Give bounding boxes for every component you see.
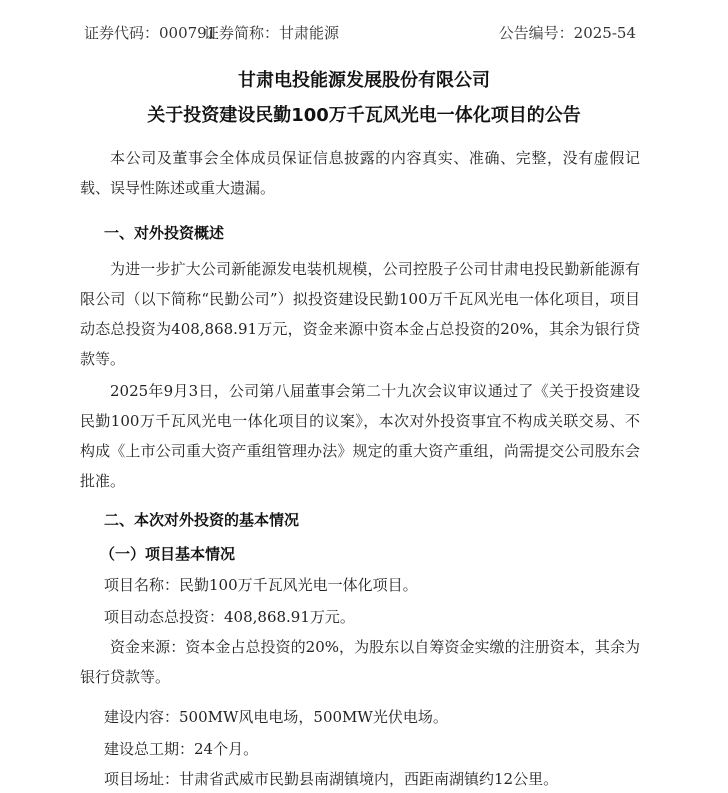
company-title: 甘肃电投能源发展股份有限公司 bbox=[0, 66, 728, 92]
section1-heading: 一、对外投资概述 bbox=[104, 222, 224, 243]
item-project-name: 项目名称：民勤100万千瓦风光电一体化项目。 bbox=[104, 574, 418, 595]
section2-subheading: （一）项目基本情况 bbox=[100, 543, 235, 564]
section1-paragraph-1: 为进一步扩大公司新能源发电装机规模，公司控股子公司甘肃电投民勤新能源有限公司（以… bbox=[80, 254, 640, 374]
disclaimer-paragraph: 本公司及董事会全体成员保证信息披露的内容真实、准确、完整，没有虚假记载、误导性陈… bbox=[80, 143, 640, 203]
item-funding-source: 资金来源：资本金占总投资的20%，为股东以自筹资金实缴的注册资本，其余为银行贷款… bbox=[80, 632, 640, 692]
section2-heading: 二、本次对外投资的基本情况 bbox=[104, 509, 299, 530]
item-total-investment: 项目动态总投资：408,868.91万元。 bbox=[104, 606, 355, 627]
security-code: 证券代码：000791 bbox=[84, 22, 216, 43]
announcement-number: 公告编号：2025-54 bbox=[499, 22, 636, 43]
section1-paragraph-2: 2025年9月3日，公司第八届董事会第二十九次会议审议通过了《关于投资建设民勤1… bbox=[80, 376, 640, 496]
announcement-header: 证券代码：000791 证券简称：甘肃能源 公告编号：2025-54 bbox=[84, 22, 636, 44]
item-construction-period: 建设总工期：24个月。 bbox=[104, 738, 258, 759]
item-project-site: 项目场址：甘肃省武威市民勤县南湖镇境内，西距南湖镇约12公里。 bbox=[104, 768, 558, 789]
security-abbreviation: 证券简称：甘肃能源 bbox=[204, 22, 339, 43]
item-construction-content: 建设内容：500MW风电电场，500MW光伏电场。 bbox=[104, 706, 448, 727]
announcement-title: 关于投资建设民勤100万千瓦风光电一体化项目的公告 bbox=[0, 101, 728, 127]
